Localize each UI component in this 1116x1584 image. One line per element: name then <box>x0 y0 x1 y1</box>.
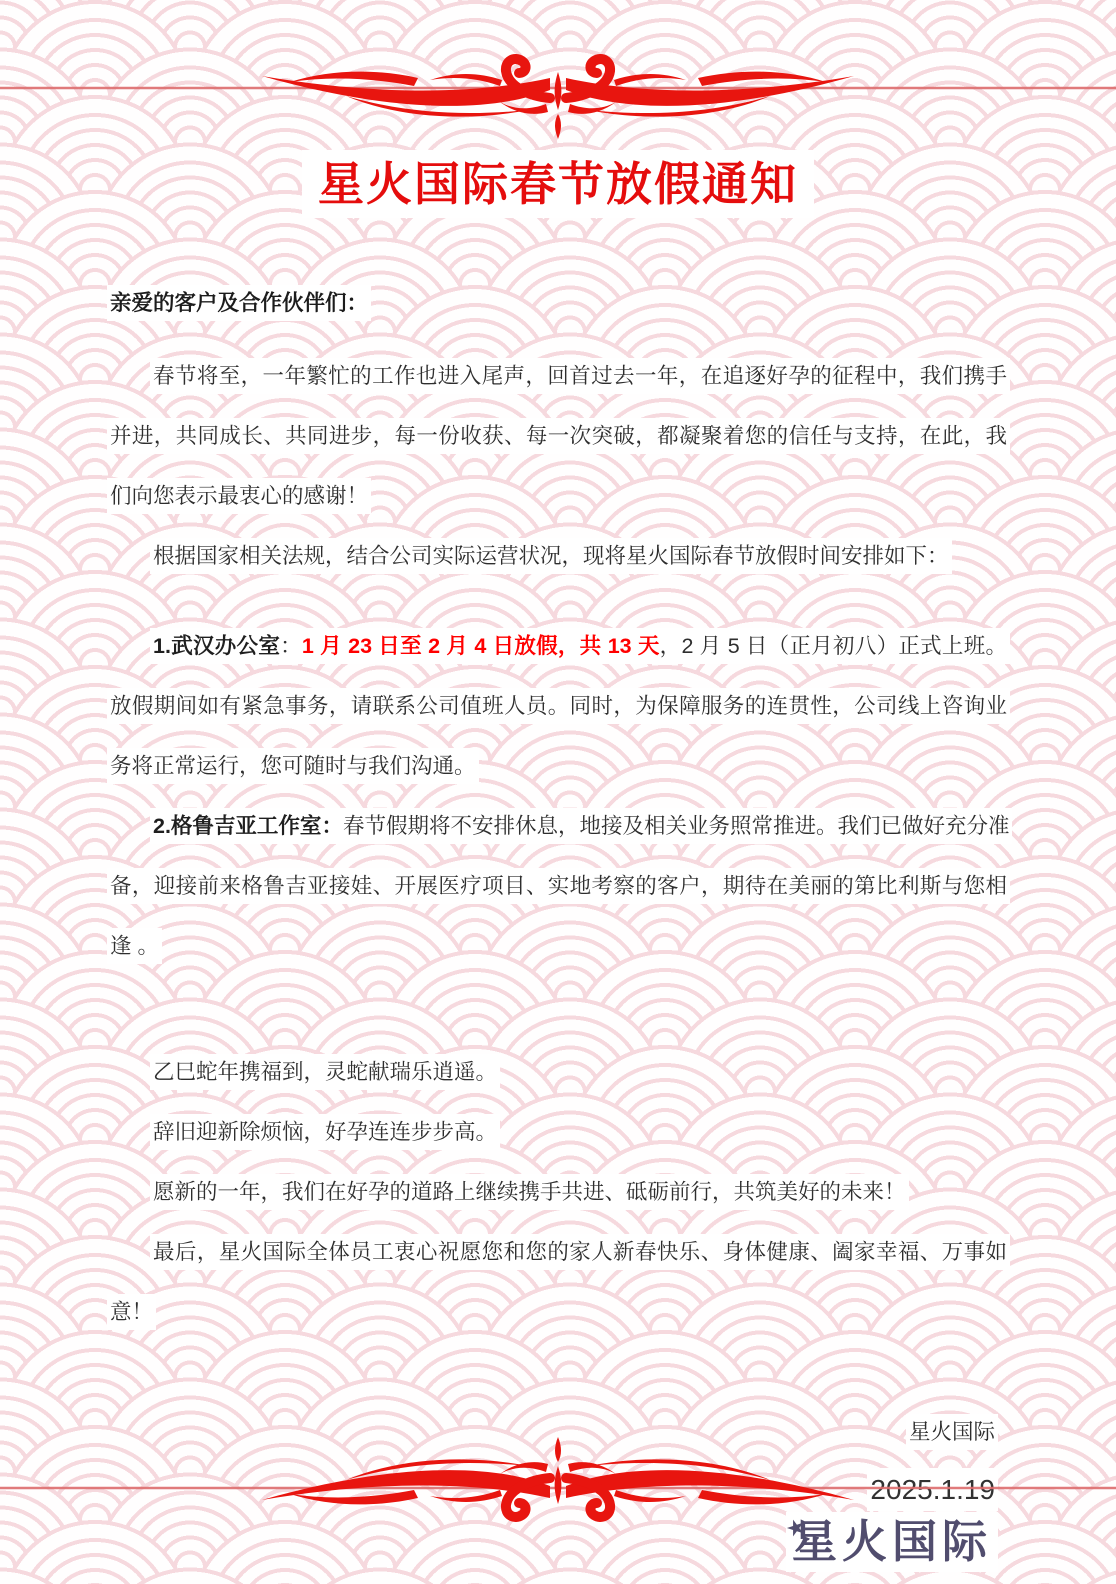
blessing-line-2: 辞旧迎新除烦恼，好孕连连步步高。 <box>107 1102 1010 1162</box>
holiday-dates-highlight: 1 月 23 日至 2 月 4 日放假，共 13 天 <box>302 634 660 658</box>
section-georgia: 2.格鲁吉亚工作室：春节假期将不安排休息，地接及相关业务照常推进。我们已做好充分… <box>107 796 1010 976</box>
notice-title-text: 星火国际春节放假通知 <box>302 150 814 218</box>
blessing-line-3: 愿新的一年，我们在好孕的道路上继续携手共进、砥砺前行，共筑美好的未来！ <box>107 1162 1010 1222</box>
notice-page: 星火国际春节放假通知 亲爱的客户及合作伙伴们： 春节将至，一年繁忙的工作也进入尾… <box>0 0 1116 1584</box>
blessing-line-4: 最后，星火国际全体员工衷心祝愿您和您的家人新春快乐、身体健康、阖家幸福、万事如意… <box>107 1222 1010 1342</box>
greeting-text: 亲爱的客户及合作伙伴们： <box>107 285 371 321</box>
section-wuhan-label: 1.武汉办公室 <box>153 634 280 658</box>
paragraph-thanks-text: 春节将至，一年繁忙的工作也进入尾声，回首过去一年，在追逐好孕的征程中，我们携手并… <box>107 358 1010 514</box>
section-georgia-label: 2.格鲁吉亚工作室 <box>153 814 321 838</box>
blessing-lines: 乙巳蛇年携福到，灵蛇献瑞乐逍遥。 辞旧迎新除烦恼，好孕连连步步高。 愿新的一年，… <box>107 1042 1010 1342</box>
paragraph-arrangement-text: 根据国家相关法规，结合公司实际运营状况，现将星火国际春节放假时间安排如下： <box>150 538 952 574</box>
greeting-line: 亲爱的客户及合作伙伴们： <box>107 273 1010 333</box>
letter-body: 亲爱的客户及合作伙伴们： 春节将至，一年繁忙的工作也进入尾声，回首过去一年，在追… <box>107 273 1010 1578</box>
top-flourish-ornament <box>0 18 1116 168</box>
blessing-line-1: 乙巳蛇年携福到，灵蛇献瑞乐逍遥。 <box>107 1042 1010 1102</box>
notice-title: 星火国际春节放假通知 <box>0 152 1116 216</box>
bottom-flourish-ornament <box>0 1408 1116 1558</box>
section-wuhan-colon: ： <box>280 634 302 658</box>
paragraph-thanks: 春节将至，一年繁忙的工作也进入尾声，回首过去一年，在追逐好孕的征程中，我们携手并… <box>107 346 1010 526</box>
paragraph-arrangement: 根据国家相关法规，结合公司实际运营状况，现将星火国际春节放假时间安排如下： <box>107 526 1010 586</box>
section-georgia-colon: ： <box>321 814 343 838</box>
section-wuhan: 1.武汉办公室：1 月 23 日至 2 月 4 日放假，共 13 天，2 月 5… <box>107 616 1010 796</box>
